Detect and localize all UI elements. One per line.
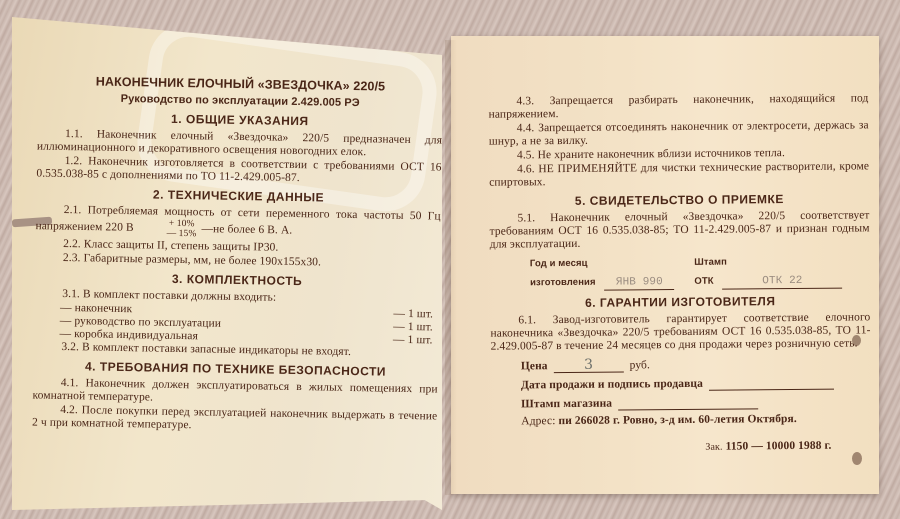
shop-stamp-field xyxy=(618,397,758,410)
item-qty: — 1 шт. xyxy=(393,334,433,348)
address-value: пи 266028 г. Ровно, з-д им. 60-летия Окт… xyxy=(558,413,796,427)
paragraph-4-6: 4.6. НЕ ПРИМЕНЯЙТЕ для чистки технически… xyxy=(489,160,869,189)
price-field: 3 xyxy=(554,358,624,373)
power-limit: —не более 6 В. А. xyxy=(201,223,292,237)
voltage-tolerance: + 10% — 15% xyxy=(139,218,197,239)
item-qty: — 1 шт. xyxy=(393,321,433,335)
manufacturer-address: Адрес: пи 266028 г. Ровно, з-д им. 60-ле… xyxy=(521,412,871,428)
paragraph-4-4: 4.4. Запрещается отсоединять наконечник … xyxy=(489,119,869,148)
section-heading-acceptance: 5. СВИДЕТЕЛЬСТВО О ПРИЕМКЕ xyxy=(489,192,869,208)
paragraph-5-1: 5.1. Наконечник елочный «Звездочка» 220/… xyxy=(489,209,869,251)
paragraph-2-1: 2.1. Потребляемая мощность от сети перем… xyxy=(35,203,441,243)
sale-date-row: Дата продажи и подпись продавца xyxy=(521,376,871,392)
price-row: Цена 3 руб. xyxy=(521,356,871,373)
address-label: Адрес: xyxy=(521,415,555,427)
sale-date-field xyxy=(709,378,834,391)
order-label: Зак. xyxy=(705,442,722,453)
order-value: 1150 — 10000 1988 г. xyxy=(726,440,832,453)
stamp-label-line2: ОТК xyxy=(694,276,713,287)
item-name: — наконечник xyxy=(60,302,132,316)
section-heading-general: 1. ОБЩИЕ УКАЗАНИЯ xyxy=(37,110,442,130)
sale-date-label: Дата продажи и подпись продавца xyxy=(521,378,703,393)
section-heading-technical: 2. ТЕХНИЧЕСКИЕ ДАННЫЕ xyxy=(36,186,441,206)
item-qty: — 1 шт. xyxy=(393,308,433,322)
paragraph-6-1: 6.1. Завод-изготовитель гарантирует соот… xyxy=(490,311,870,353)
section-heading-contents: 3. КОМПЛЕКТНОСТЬ xyxy=(34,270,439,290)
paragraph-4-3: 4.3. Запрещается разбирать наконечник, н… xyxy=(488,92,868,121)
price-label: Цена xyxy=(521,360,548,373)
right-page-content: 4.3. Запрещается разбирать наконечник, н… xyxy=(488,92,871,455)
document-subtitle: Руководство по эксплуатации 2.429.005 РЭ xyxy=(38,91,443,111)
section-heading-safety: 4. ТРЕБОВАНИЯ ПО ТЕХНИКЕ БЕЗОПАСНОСТИ xyxy=(33,359,438,379)
stamp-label-line1: Штамп xyxy=(694,255,848,269)
shop-stamp-row: Штамп магазина xyxy=(521,395,871,411)
section-heading-warranty: 6. ГАРАНТИИ ИЗГОТОВИТЕЛЯ xyxy=(490,294,870,310)
date-label-line2: изготовления xyxy=(530,277,596,289)
page-fold xyxy=(445,40,457,495)
acceptance-form: Год и месяц изготовления ЯНВ 990 Штамп О… xyxy=(530,254,870,291)
manufacture-date-field: ЯНВ 990 xyxy=(604,276,674,291)
tolerance-minus: — 15% xyxy=(139,228,197,239)
qc-stamp-field: ОТК 22 xyxy=(722,275,842,290)
date-label-line1: Год и месяц xyxy=(530,256,680,270)
left-page-content: НАКОНЕЧНИК ЕЛОЧНЫЙ «ЗВЕЗДОЧКА» 220/5 Рук… xyxy=(32,74,443,437)
price-unit: руб. xyxy=(630,359,650,372)
shop-stamp-label: Штамп магазина xyxy=(521,398,612,412)
stain-mark xyxy=(852,452,862,465)
